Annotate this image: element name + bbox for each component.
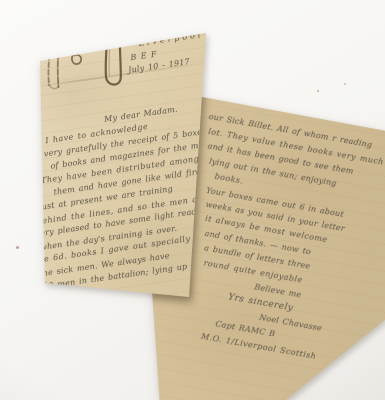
left-page-shadow-wrap: Liverpool Scottish B E F July 10 - 1917 … (0, 0, 385, 400)
left-page-body: My dear Madam. I have to acknowledge ver… (28, 98, 217, 296)
left-page-header: Liverpool Scottish B E F July 10 - 1917 (124, 25, 238, 76)
photo-speck (317, 90, 319, 92)
photo-speck (344, 83, 346, 85)
letter-photo: our Sick Billet. All of whom r reading l… (0, 0, 385, 400)
left-page: Liverpool Scottish B E F July 10 - 1917 … (0, 0, 385, 400)
photo-speck (16, 246, 19, 249)
